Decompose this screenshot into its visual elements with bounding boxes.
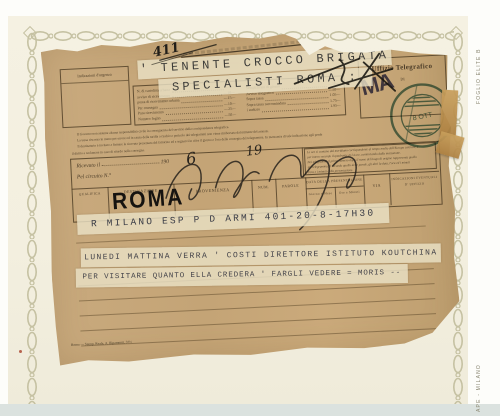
red-speck [19,350,22,353]
margin-label-bottom: APE - MILANO [476,366,482,412]
received-label: Ricevuto il [76,162,100,169]
ruled-line [81,328,437,346]
ruled-line [80,298,436,316]
telegram-form: 411 Indicazioni d'urgenza N. di cartolin… [40,24,461,365]
chain-border-left [26,32,38,404]
message-strip-2: PER VISITARE QUANTO ELLA CREDERA ' FARGL… [76,264,408,288]
margin-label-top: FOGLIO ELITE B [476,28,482,104]
ruled-line [80,313,436,331]
printer-imprint: Roma — Stamp. Reale, A. Ripamonti, 37½ [71,340,132,347]
svg-text:8 OTT: 8 OTT [412,112,434,123]
page-bottom-edge [0,404,500,416]
tape-piece [440,90,458,137]
circuit-label: Pel circuito N.° [77,173,111,181]
